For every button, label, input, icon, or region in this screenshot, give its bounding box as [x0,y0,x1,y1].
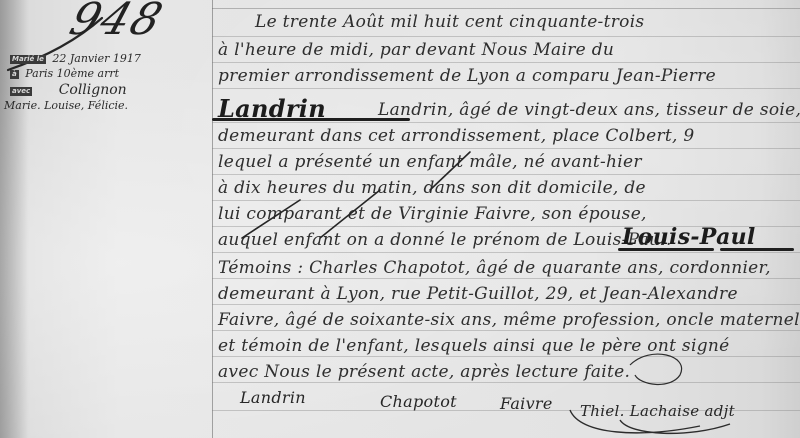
spouse-surname: Collignon [59,82,127,98]
body-line: premier arrondissement de Lyon a comparu… [218,66,716,86]
margin-rule [212,0,213,438]
name-underline [720,248,794,251]
ruled-line [212,62,800,63]
ruled-line [212,356,800,357]
marriage-date: 22 Janvier 1917 [52,52,141,65]
body-line: demeurant à Lyon, rue Petit-Guillot, 29,… [218,284,738,304]
name-underline [212,118,410,121]
closing-flourish-icon [620,345,700,395]
body-line: Landrin, âgé de vingt-deux ans, tisseur … [378,100,800,120]
ruled-line [212,330,800,331]
stamp-avec: avec [10,87,32,96]
signature-faivre: Faivre [500,394,553,413]
spouse-given-names: Marie. Louise, Félicie. [4,99,128,112]
body-line: à l'heure de midi, par devant Nous Maire… [218,40,614,60]
stamp-married: Marié le [10,55,46,64]
signature-landrin: Landrin [240,388,306,407]
name-underline [618,248,714,251]
act-number: 948 [64,0,171,45]
child-given-name: Louis-Paul [622,224,756,250]
pen-stroke-icon [240,150,480,240]
body-line: Faivre, âgé de soixante-six ans, même pr… [218,310,800,330]
stamp-a: à [10,70,19,79]
ruled-line [212,278,800,279]
ruled-line [212,252,800,253]
ruled-line [212,88,800,89]
body-line: avec Nous le présent acte, après lecture… [218,362,630,382]
register-page: 948 Marié le 22 Janvier 1917 à Paris 10è… [0,0,800,438]
ruled-line [212,36,800,37]
body-line: Le trente Août mil huit cent cinquante-t… [255,12,644,32]
top-rule [212,8,800,9]
marriage-place: Paris 10ème arrt [25,67,119,80]
body-line: Témoins : Charles Chapotot, âgé de quara… [218,258,771,278]
ruled-line [212,148,800,149]
body-line: demeurant dans cet arrondissement, place… [218,126,695,146]
ruled-line [212,304,800,305]
signature-chapotot: Chapotot [380,392,457,411]
